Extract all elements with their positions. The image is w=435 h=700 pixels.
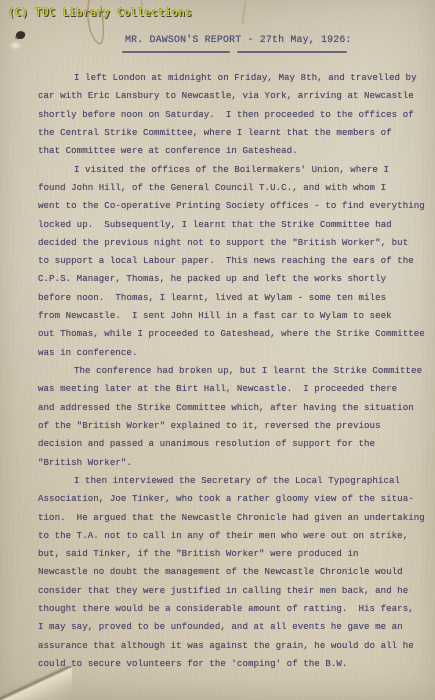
document-line: Association, Joe Tinker, who took a rath… bbox=[38, 490, 428, 508]
document-line: was meeting later at the Birt Hall, Newc… bbox=[38, 380, 428, 398]
document-line: The conference had broken up, but I lear… bbox=[38, 362, 428, 380]
paragraph: The conference had broken up, but I lear… bbox=[38, 362, 428, 472]
paragraph: I visited the offices of the Boilermaker… bbox=[38, 161, 428, 362]
document-line: shortly before noon on Saturday. I then … bbox=[38, 106, 428, 124]
document-line: of the "British Worker" explained to it,… bbox=[38, 417, 428, 435]
document-line: found John Hill, of the General Council … bbox=[38, 179, 428, 197]
document-line: was in conference. bbox=[38, 344, 428, 362]
paragraph: I left London at midnight on Friday, May… bbox=[38, 69, 428, 161]
ink-blot-mark bbox=[15, 30, 26, 40]
document-line: the Central Strike Committee, where I le… bbox=[38, 124, 428, 142]
document-line: and addressed the Strike Committee which… bbox=[38, 399, 428, 417]
ink-blot-halo bbox=[9, 41, 22, 50]
document-line: I then interviewed the Secretary of the … bbox=[38, 472, 428, 490]
document-title: MR. DAWSON'S REPORT - 27th May, 1926: bbox=[125, 34, 352, 45]
document-line: out Thomas, while I proceeded to Gateshe… bbox=[38, 325, 428, 343]
fiber-mark bbox=[76, 0, 120, 56]
document-line: decision and passed a unanimous resoluti… bbox=[38, 435, 428, 453]
document-line: assurance that although it was against t… bbox=[38, 637, 428, 655]
scanned-document-page: (C) TUC Library Collections MR. DAWSON'S… bbox=[0, 0, 435, 700]
document-line: Newcastle no doubt the management of the… bbox=[38, 563, 428, 581]
document-line: locked up. Subsequently, I learnt that t… bbox=[38, 216, 428, 234]
paragraph: I then interviewed the Secretary of the … bbox=[38, 472, 428, 673]
document-line: I visited the offices of the Boilermaker… bbox=[38, 161, 428, 179]
document-line: to support a local Labour paper. This ne… bbox=[38, 252, 428, 270]
document-body: I left London at midnight on Friday, May… bbox=[38, 69, 428, 673]
document-line: from Newcastle. I sent John Hill in a fa… bbox=[38, 307, 428, 325]
document-line: to the T.A. not to call in any of their … bbox=[38, 527, 428, 545]
document-line: C.P.S. Manager, Thomas, he packed up and… bbox=[38, 270, 428, 288]
document-line: went to the Co-operative Printing Societ… bbox=[38, 197, 428, 215]
scan-streak-mark bbox=[242, 1, 246, 24]
document-line: car with Eric Lansbury to Newcastle, via… bbox=[38, 87, 428, 105]
document-line: that Committee were at conference in Gat… bbox=[38, 142, 428, 160]
document-line: consider that they were justified in cal… bbox=[38, 582, 428, 600]
document-line: but, said Tinker, if the "British Worker… bbox=[38, 545, 428, 563]
document-line: I left London at midnight on Friday, May… bbox=[38, 69, 428, 87]
document-line: tion. He argued that the Newcastle Chron… bbox=[38, 509, 428, 527]
document-line: could to secure volunteers for the 'comp… bbox=[38, 655, 428, 673]
title-underline bbox=[122, 51, 347, 53]
document-line: "British Worker". bbox=[38, 454, 428, 472]
document-line: I may say, proved to be unfounded, and a… bbox=[38, 618, 428, 636]
document-line: before noon. Thomas, I learnt, lived at … bbox=[38, 289, 428, 307]
corner-fold-mark bbox=[0, 666, 72, 700]
document-line: decided the previous night not to suppor… bbox=[38, 234, 428, 252]
document-header: MR. DAWSON'S REPORT - 27th May, 1926: bbox=[125, 34, 352, 45]
document-line: thought there would be a considerable am… bbox=[38, 600, 428, 618]
